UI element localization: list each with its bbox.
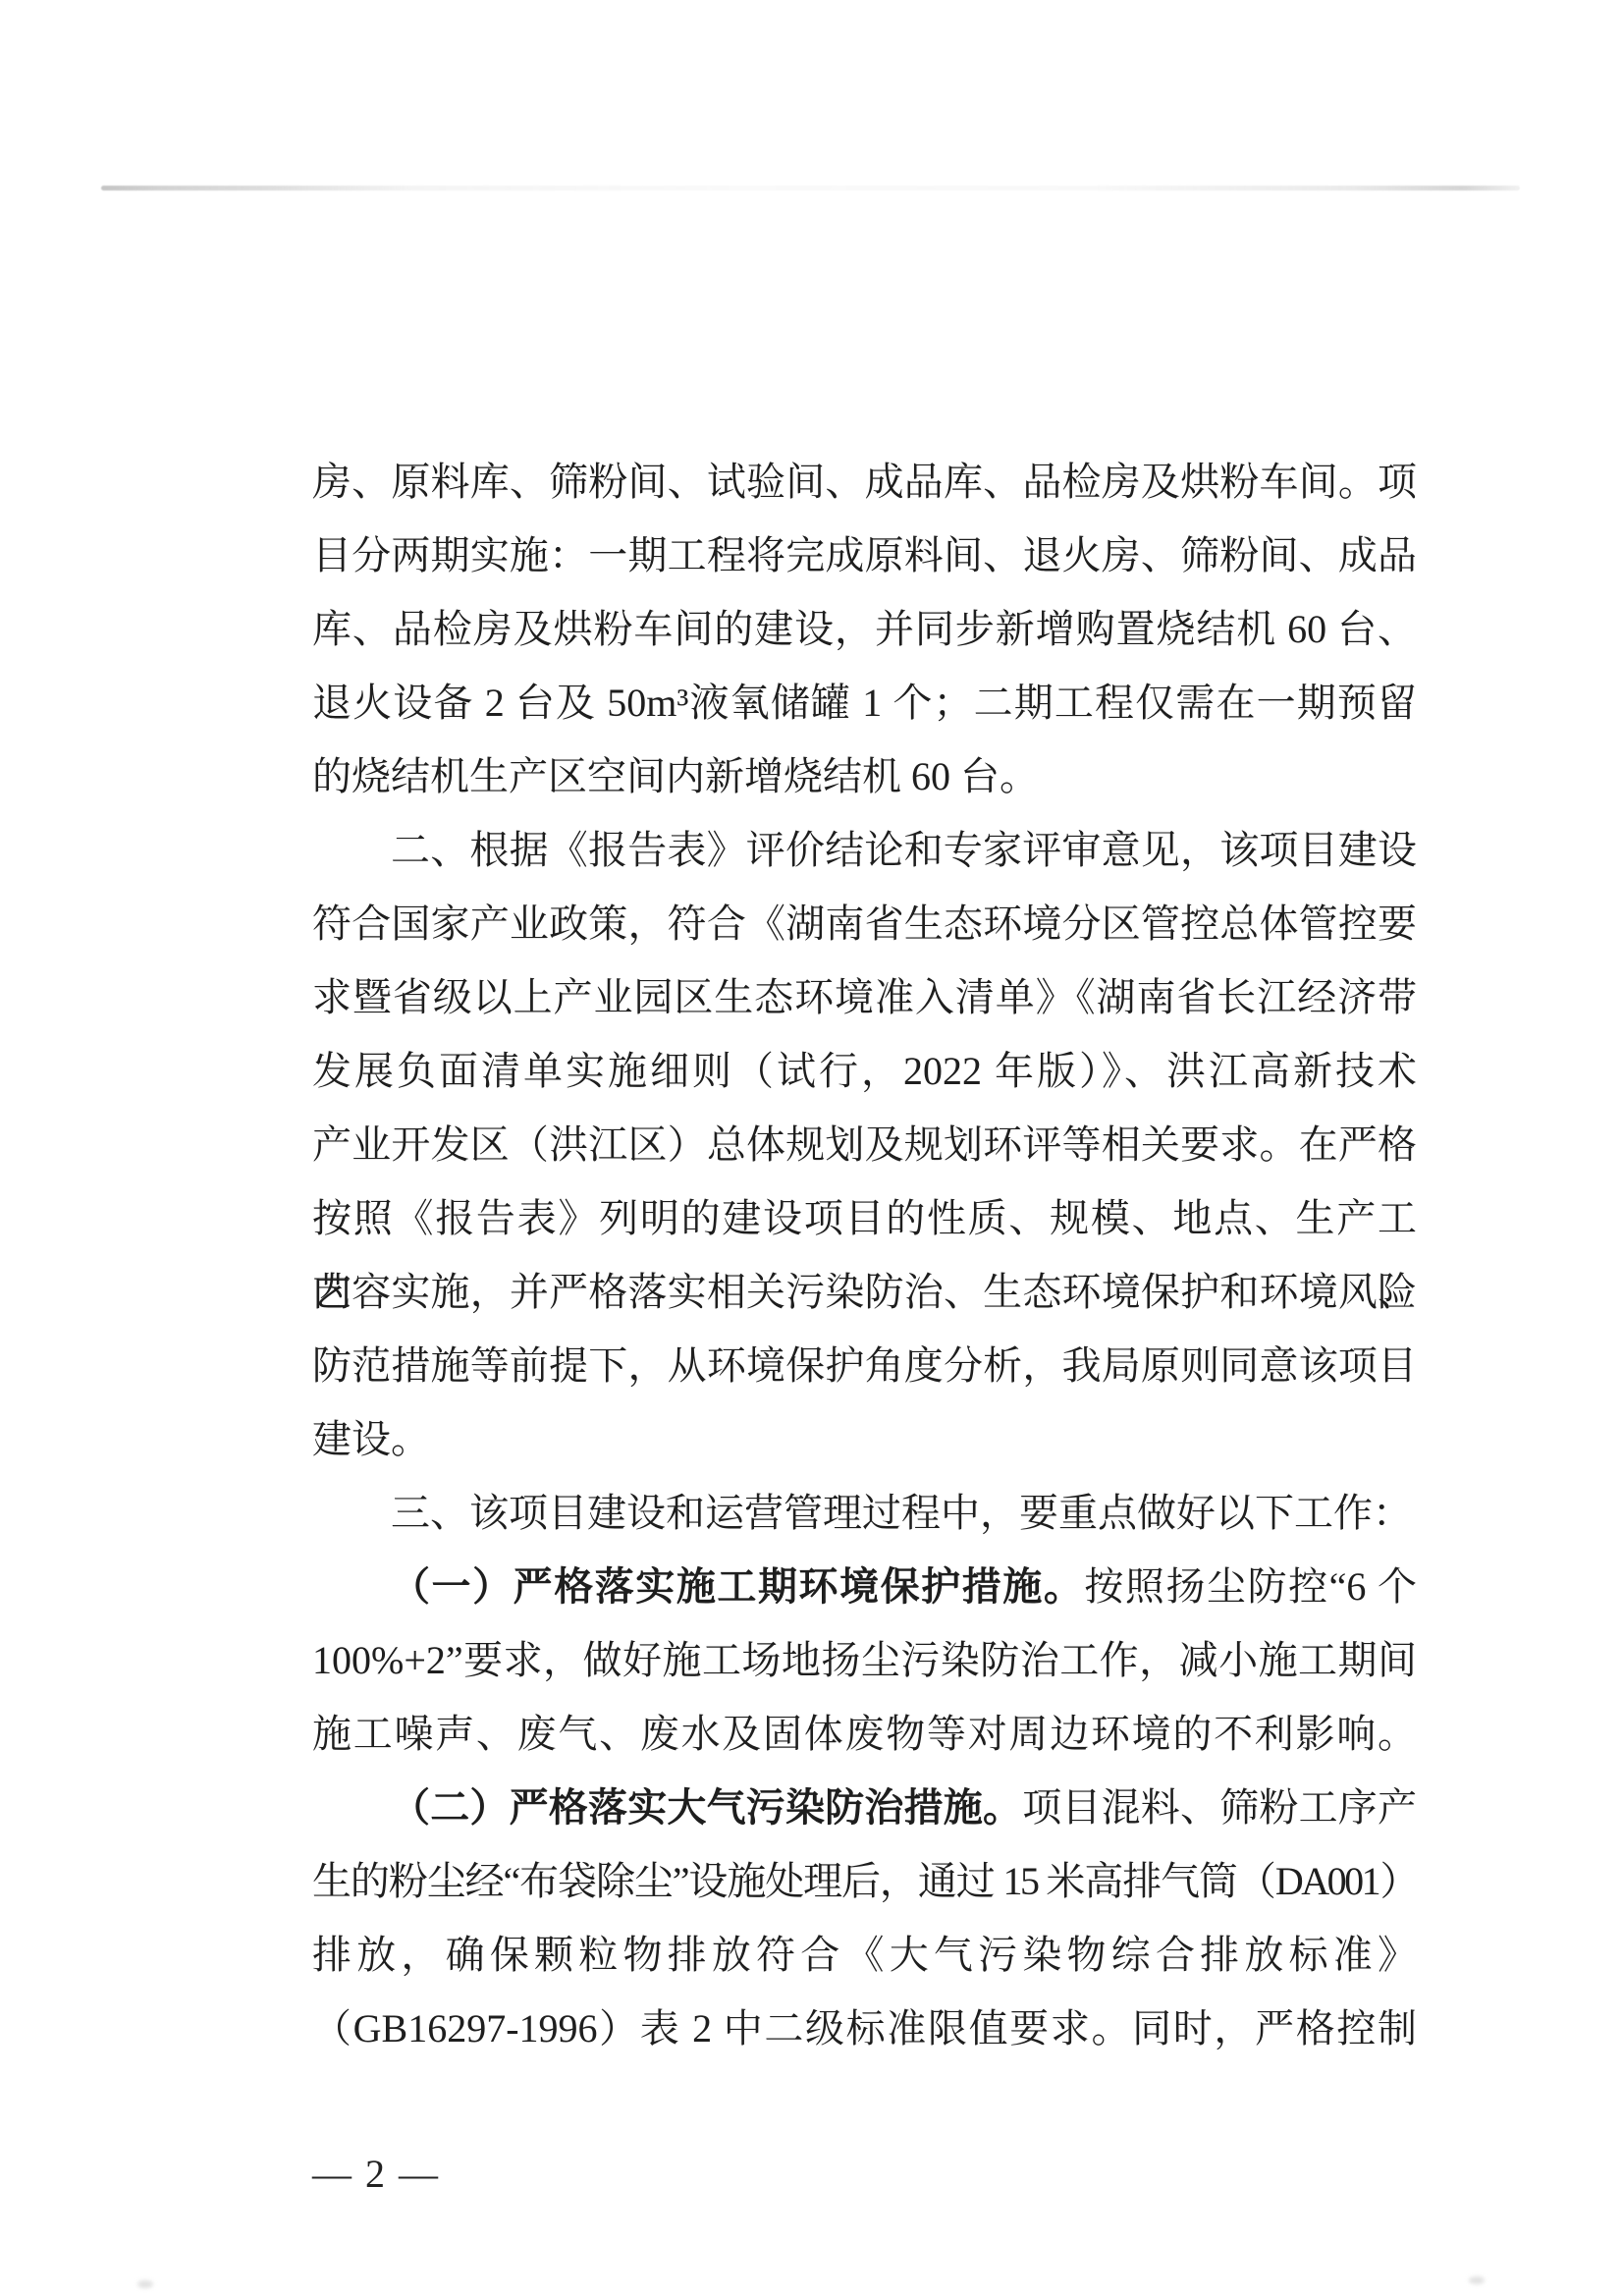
- text-line: 100%+2”要求，做好施工场地扬尘污染防治工作，减小施工期间: [312, 1623, 1417, 1697]
- scan-artifact-line: [101, 186, 1520, 191]
- text-line: 退火设备 2 台及 50m³液氧储罐 1 个；二期工程仅需在一期预留: [312, 666, 1417, 739]
- text-line: 三、该项目建设和运营管理过程中，要重点做好以下工作：: [312, 1476, 1417, 1550]
- scan-smudge-left: [137, 2280, 153, 2288]
- text-line: 发展负面清单实施细则（试行，2022 年版）》、洪江高新技术: [312, 1034, 1417, 1108]
- text-line: 建设。: [312, 1402, 1417, 1476]
- section-heading-2: （二）严格落实大气污染防治措施。: [391, 1785, 1022, 1830]
- text-line: 防范措施等前提下，从环境保护角度分析，我局原则同意该项目: [312, 1329, 1417, 1402]
- text-line: 目分两期实施：一期工程将完成原料间、退火房、筛粉间、成品: [312, 519, 1417, 592]
- text-line: 的烧结机生产区空间内新增烧结机 60 台。: [312, 739, 1417, 813]
- text-line: 施工噪声、废气、废水及固体废物等对周边环境的不利影响。: [312, 1697, 1417, 1771]
- text-line: （一）严格落实施工期环境保护措施。按照扬尘防控“6 个: [312, 1550, 1417, 1623]
- text-line: （二）严格落实大气污染防治措施。项目混料、筛粉工序产: [312, 1771, 1417, 1844]
- text-line: 二、根据《报告表》评价结论和专家评审意见，该项目建设: [312, 813, 1417, 887]
- document-page: 房、原料库、筛粉间、试验间、成品库、品检房及烘粉车间。项 目分两期实施：一期工程…: [0, 0, 1622, 2296]
- text-line: 房、原料库、筛粉间、试验间、成品库、品检房及烘粉车间。项: [312, 445, 1417, 519]
- section-heading-1: （一）严格落实施工期环境保护措施。: [391, 1564, 1084, 1609]
- text-line: 符合国家产业政策，符合《湖南省生态环境分区管控总体管控要: [312, 887, 1417, 960]
- text-line: 产业开发区（洪江区）总体规划及规划环评等相关要求。在严格: [312, 1108, 1417, 1181]
- scan-smudge-right: [1469, 2276, 1485, 2284]
- text-line: 求暨省级以上产业园区生态环境准入清单》《湖南省长江经济带: [312, 960, 1417, 1034]
- text-line: 按照《报告表》列明的建设项目的性质、规模、地点、生产工艺、: [312, 1181, 1417, 1255]
- document-body: 房、原料库、筛粉间、试验间、成品库、品检房及烘粉车间。项 目分两期实施：一期工程…: [312, 445, 1417, 2065]
- text-run: 按照扬尘防控“6 个: [1084, 1564, 1417, 1609]
- text-line: 生的粉尘经“布袋除尘”设施处理后，通过 15 米高排气筒（DA001）: [312, 1844, 1417, 1918]
- page-number: — 2 —: [312, 2147, 440, 2202]
- text-line: 库、品检房及烘粉车间的建设，并同步新增购置烧结机 60 台、: [312, 592, 1417, 666]
- text-run: 项目混料、筛粉工序产: [1022, 1785, 1417, 1830]
- text-line: 内容实施，并严格落实相关污染防治、生态环境保护和环境风险: [312, 1255, 1417, 1329]
- text-line: （GB16297-1996）表 2 中二级标准限值要求。同时，严格控制: [312, 1992, 1417, 2065]
- text-line: 排放，确保颗粒物排放符合《大气污染物综合排放标准》: [312, 1918, 1417, 1992]
